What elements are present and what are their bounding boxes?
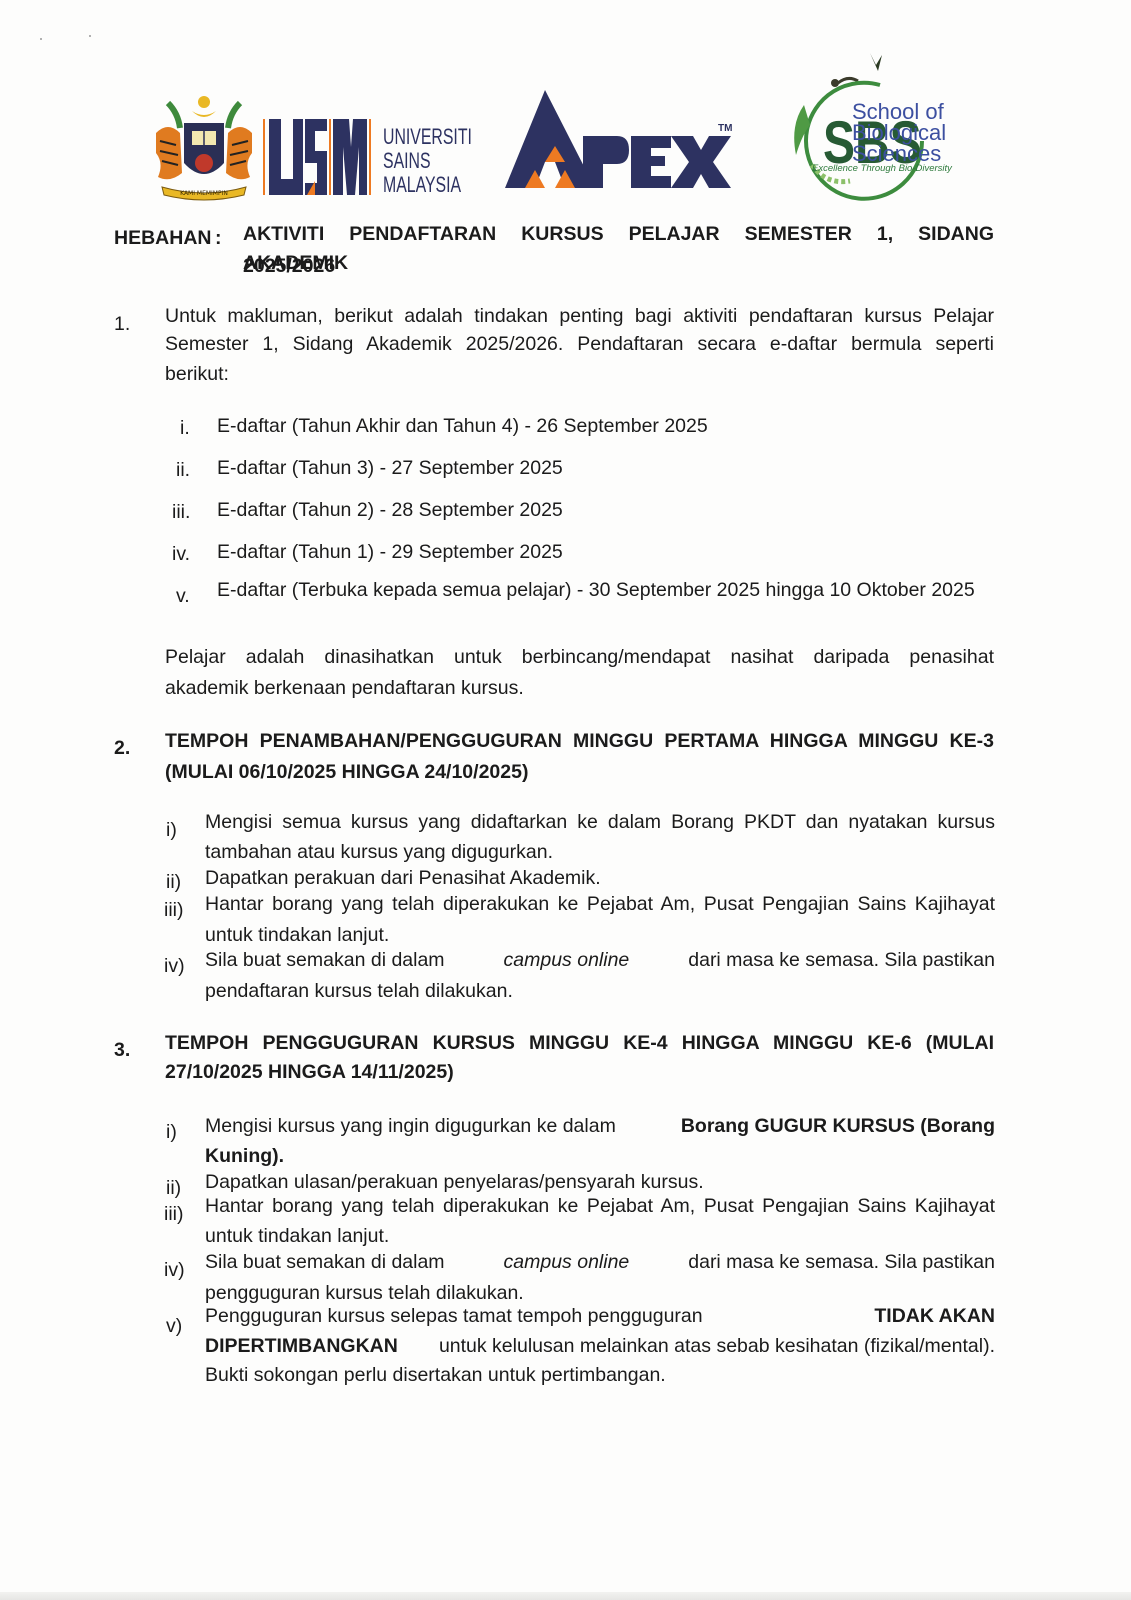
step-marker: iv) — [164, 1256, 185, 1285]
step-text-borang-gugur: Mengisi kursus yang ingin digugurkan ke … — [205, 1112, 995, 1141]
step-marker: iii) — [164, 896, 184, 925]
list-marker: iv. — [172, 540, 190, 569]
list-item: E-daftar (Tahun 1) - 29 September 2025 — [217, 538, 563, 567]
apex-logo — [505, 90, 735, 200]
step-text: DIPERTIMBANGKAN untuk kelulusan melainka… — [205, 1332, 995, 1361]
step-text-campus-online: Sila buat semakan di dalam campus online… — [205, 1248, 995, 1277]
list-item: E-daftar (Tahun 3) - 27 September 2025 — [217, 454, 563, 483]
list-marker: v. — [176, 582, 190, 611]
usm-university-name: UNIVERSITI SAINS MALAYSIA — [383, 125, 462, 197]
step-text: tambahan atau kursus yang digugurkan. — [205, 838, 553, 867]
campus-online-term: campus online — [504, 946, 630, 975]
svg-text:KAMI MEMIMPIN: KAMI MEMIMPIN — [180, 190, 228, 197]
step-marker: v) — [166, 1312, 182, 1341]
header-logos: KAMI MEMIMPIN UNIVERSITI SAINS MALAYSIA — [140, 45, 990, 205]
notice-separator: : — [215, 224, 222, 253]
scan-speck — [89, 35, 91, 37]
document-page: KAMI MEMIMPIN UNIVERSITI SAINS MALAYSIA — [0, 0, 1131, 1600]
step-text: Kuning). — [205, 1142, 284, 1171]
campus-online-term: campus online — [504, 1248, 630, 1277]
step-text-campus-online: Sila buat semakan di dalam campus online… — [205, 946, 995, 975]
sbs-tagline: Excellence Through Bio-Diversity — [812, 163, 952, 174]
step-marker: i) — [166, 1118, 177, 1147]
notice-label: HEBAHAN — [114, 224, 212, 253]
list-marker: ii. — [176, 456, 190, 485]
advice-note-line: akademik berkenaan pendaftaran kursus. — [165, 674, 524, 703]
step-marker: i) — [166, 816, 177, 845]
step-text-tidak-akan: Pengguguran kursus selepas tamat tempoh … — [205, 1302, 995, 1331]
section-3-number: 3. — [114, 1036, 130, 1065]
section-1-intro-line: Semester 1, Sidang Akademik 2025/2026. P… — [165, 330, 994, 359]
sbs-school-name: School of Biological Sciences — [852, 101, 946, 164]
scan-speck — [40, 38, 42, 40]
section-1-intro-line: berikut: — [165, 360, 229, 389]
step-marker: iv) — [164, 952, 185, 981]
section-3-dates: 27/10/2025 HINGGA 14/11/2025) — [165, 1058, 454, 1087]
notice-title-year: 2025/2026 — [243, 252, 335, 281]
step-text: Bukti sokongan perlu disertakan untuk pe… — [205, 1361, 666, 1390]
step-marker: iii) — [164, 1200, 184, 1229]
list-item: E-daftar (Terbuka kepada semua pelajar) … — [217, 576, 975, 605]
step-text: untuk tindakan lanjut. — [205, 1222, 389, 1251]
section-1-number: 1. — [114, 310, 130, 339]
scan-bottom-edge — [0, 1592, 1131, 1600]
section-2-heading: TEMPOH PENAMBAHAN/PENGGUGURAN MINGGU PER… — [165, 727, 994, 756]
step-text: Mengisi semua kursus yang didaftarkan ke… — [205, 808, 995, 837]
section-3-heading: TEMPOH PENGGUGURAN KURSUS MINGGU KE-4 HI… — [165, 1029, 994, 1058]
notice-title: AKTIVITI PENDAFTARAN KURSUS PELAJAR SEME… — [243, 220, 994, 278]
list-item: E-daftar (Tahun Akhir dan Tahun 4) - 26 … — [217, 412, 708, 441]
step-text: pendaftaran kursus telah dilakukan. — [205, 977, 513, 1006]
list-item: E-daftar (Tahun 2) - 28 September 2025 — [217, 496, 563, 525]
section-2-number: 2. — [114, 734, 130, 763]
step-text: Hantar borang yang telah diperakukan ke … — [205, 1192, 995, 1221]
list-marker: i. — [180, 414, 190, 443]
section-2-dates: (MULAI 06/10/2025 HINGGA 24/10/2025) — [165, 758, 528, 787]
step-marker: ii) — [166, 868, 181, 897]
usm-crest-logo: KAMI MEMIMPIN — [148, 93, 260, 203]
list-marker: iii. — [172, 498, 190, 527]
advice-note-line: Pelajar adalah dinasihatkan untuk berbin… — [165, 643, 994, 672]
step-marker: ii) — [166, 1174, 181, 1203]
section-1-intro-line: Untuk makluman, berikut adalah tindakan … — [165, 302, 994, 331]
dipertimbangkan-term: DIPERTIMBANGKAN — [205, 1332, 398, 1361]
step-text: Hantar borang yang telah diperakukan ke … — [205, 890, 995, 919]
borang-gugur-kursus-term: Borang GUGUR KURSUS (Borang — [681, 1112, 995, 1141]
step-text: Dapatkan perakuan dari Penasihat Akademi… — [205, 864, 601, 893]
usm-mark — [263, 117, 371, 197]
tidak-akan-term: TIDAK AKAN — [874, 1302, 995, 1331]
